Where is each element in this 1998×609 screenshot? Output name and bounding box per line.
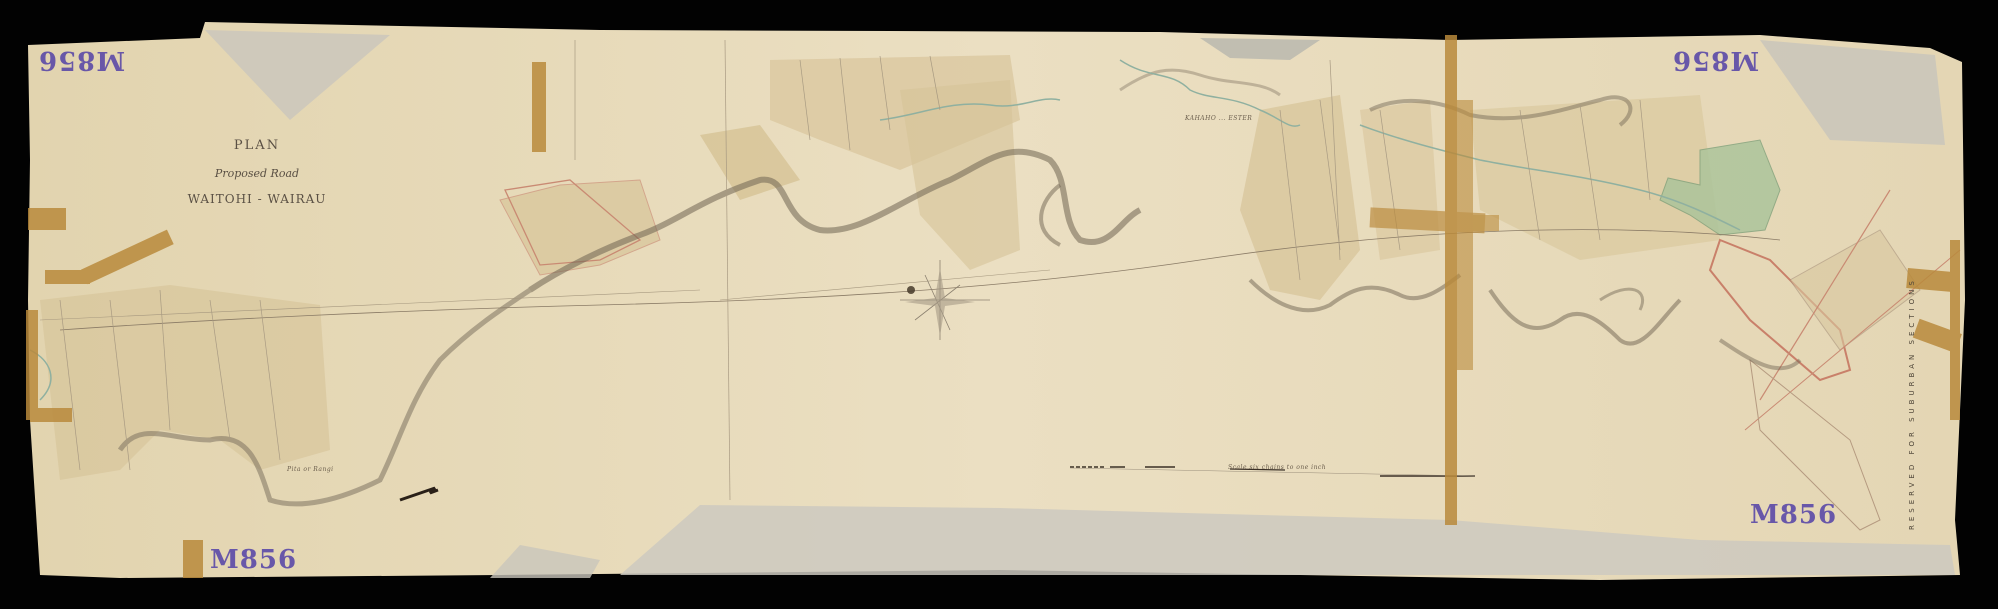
title-proposed-road: Proposed Road: [172, 167, 342, 180]
scale-label: Scale six chains to one inch: [1228, 464, 1326, 471]
map-canvas: [0, 0, 1998, 609]
catalog-stamp: M856: [1672, 45, 1759, 75]
reserved-sections-label: RESERVED FOR SUBURBAN SECTIONS: [1908, 277, 1916, 530]
upper-estate-label: KAHAHO ... ESTER: [1185, 115, 1252, 122]
catalog-stamp: M856: [38, 45, 125, 75]
title-place: WAITOHI - WAIRAU: [172, 192, 342, 206]
catalog-stamp: M856: [1750, 500, 1837, 530]
catalog-stamp: M856: [210, 545, 297, 575]
ink-blot: [907, 286, 915, 294]
map-scan: M856 M856 M856 M856 PLAN Proposed Road W…: [0, 0, 1998, 609]
place-label: Pita or Rangi: [287, 466, 334, 473]
title-plan: PLAN: [172, 138, 342, 153]
map-title-block: PLAN Proposed Road WAITOHI - WAIRAU: [172, 138, 342, 206]
